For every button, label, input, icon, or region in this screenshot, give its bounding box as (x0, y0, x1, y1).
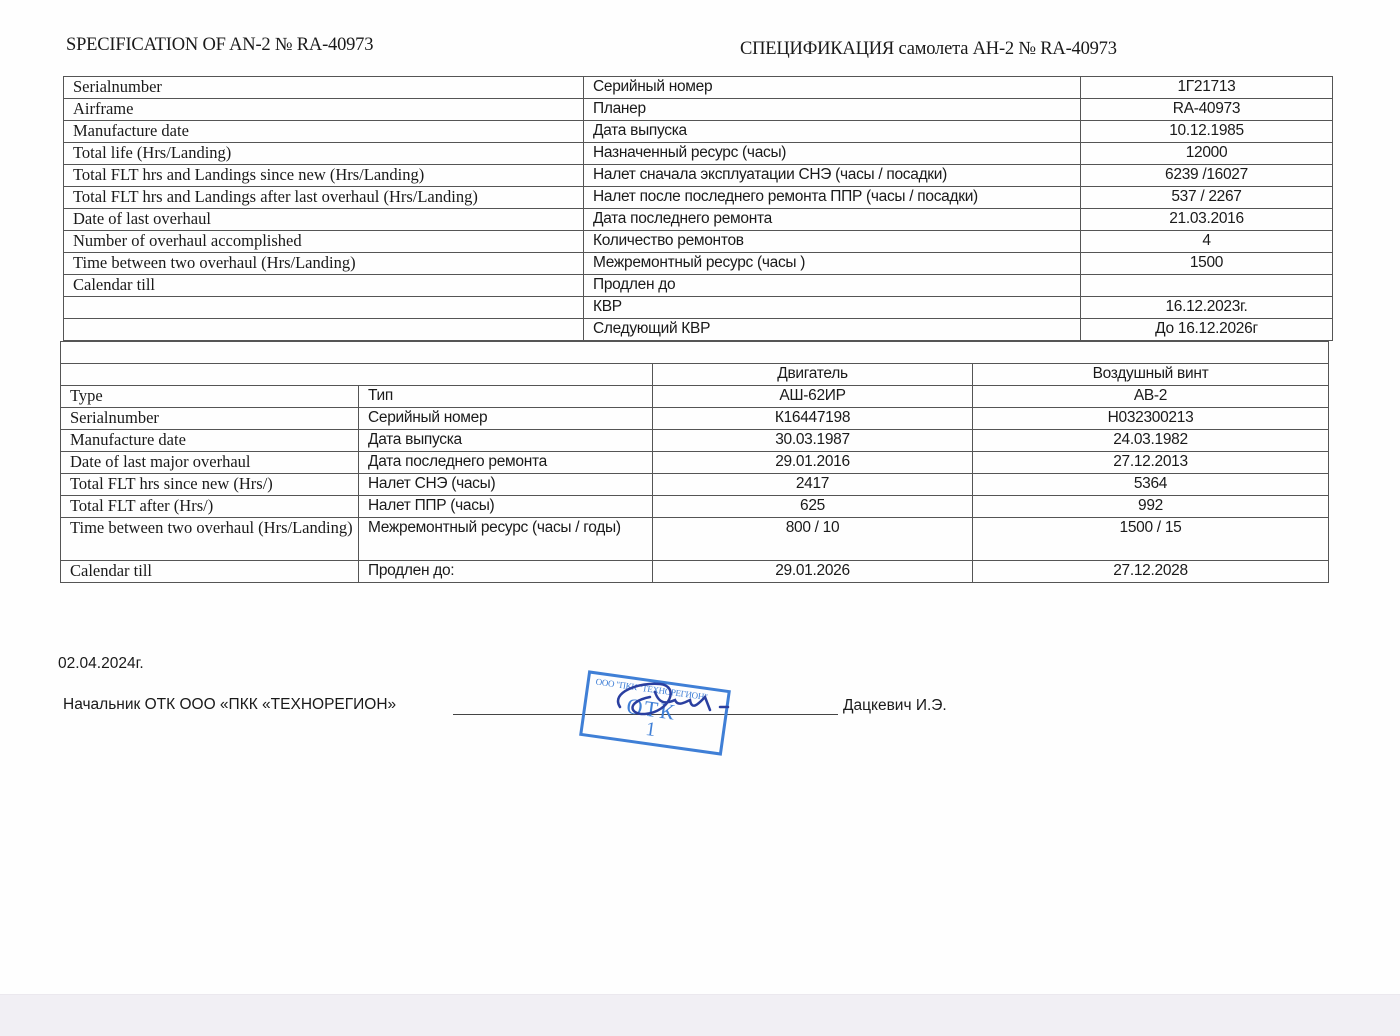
handwritten-signature-icon (600, 672, 750, 732)
value-cell: 537 / 2267 (1081, 187, 1333, 209)
table-row: Total FLT hrs and Landings after last ov… (64, 187, 1333, 209)
label-ru: Налет после последнего ремонта ППР (часы… (584, 187, 1081, 209)
label-ru: Дата выпуска (584, 121, 1081, 143)
table-row: SerialnumberСерийный номер1Г21713 (64, 77, 1333, 99)
value-cell: 10.12.1985 (1081, 121, 1333, 143)
engine-value: 625 (653, 496, 973, 518)
table-row: Total FLT hrs since new (Hrs/)Налет СНЭ … (61, 474, 1329, 496)
label-en: Serialnumber (61, 408, 359, 430)
label-ru: Планер (584, 99, 1081, 121)
table-row: Date of last major overhaulДата последне… (61, 452, 1329, 474)
table-row: Total life (Hrs/Landing)Назначенный ресу… (64, 143, 1333, 165)
label-en: Calendar till (64, 275, 584, 297)
propeller-value: АВ-2 (973, 386, 1329, 408)
value-cell: 1500 (1081, 253, 1333, 275)
label-en: Total FLT hrs and Landings after last ov… (64, 187, 584, 209)
table-row: SerialnumberСерийный номерК16447198Н0323… (61, 408, 1329, 430)
value-cell: 12000 (1081, 143, 1333, 165)
value-cell: RA-40973 (1081, 99, 1333, 121)
label-en: Date of last major overhaul (61, 452, 359, 474)
propeller-value: 27.12.2013 (973, 452, 1329, 474)
label-ru: Налет СНЭ (часы) (359, 474, 653, 496)
signer-name: Дацкевич И.Э. (843, 697, 947, 715)
airframe-spec-table: SerialnumberСерийный номер1Г21713Airfram… (63, 76, 1333, 341)
label-en: Time between two overhaul (Hrs/Landing) (61, 518, 359, 561)
label-en (64, 297, 584, 319)
label-ru: Следующий КВР (584, 319, 1081, 341)
table-row: Date of last overhaulДата последнего рем… (64, 209, 1333, 231)
document-date: 02.04.2024г. (58, 655, 144, 673)
header-engine: Двигатель (653, 364, 973, 386)
propeller-value: 1500 / 15 (973, 518, 1329, 561)
table-row: Number of overhaul accomplishedКоличеств… (64, 231, 1333, 253)
label-ru: Продлен до (584, 275, 1081, 297)
title-english: SPECIFICATION OF AN-2 № RA-40973 (66, 35, 373, 56)
table-row: Time between two overhaul (Hrs/Landing)М… (64, 253, 1333, 275)
table-row: КВР16.12.2023г. (64, 297, 1333, 319)
propeller-value: 27.12.2028 (973, 561, 1329, 583)
label-ru: КВР (584, 297, 1081, 319)
propeller-value: 5364 (973, 474, 1329, 496)
value-cell: 1Г21713 (1081, 77, 1333, 99)
value-cell: 16.12.2023г. (1081, 297, 1333, 319)
label-ru: Межремонтный ресурс (часы ) (584, 253, 1081, 275)
table-row: Calendar tillПродлен до (64, 275, 1333, 297)
label-en: Total life (Hrs/Landing) (64, 143, 584, 165)
table-row: Total FLT hrs and Landings since new (Hr… (64, 165, 1333, 187)
label-en: Airframe (64, 99, 584, 121)
table-row: Total FLT after (Hrs/)Налет ППР (часы)62… (61, 496, 1329, 518)
label-ru: Назначенный ресурс (часы) (584, 143, 1081, 165)
table-row: TypeТипАШ-62ИРАВ-2 (61, 386, 1329, 408)
document-page: SPECIFICATION OF AN-2 № RA-40973 СПЕЦИФИ… (0, 0, 1400, 994)
label-ru: Серийный номер (584, 77, 1081, 99)
viewer-footer-band (0, 994, 1400, 1036)
label-ru: Продлен до: (359, 561, 653, 583)
label-en: Date of last overhaul (64, 209, 584, 231)
label-en: Manufacture date (64, 121, 584, 143)
label-ru: Тип (359, 386, 653, 408)
label-en: Manufacture date (61, 430, 359, 452)
engine-value: К16447198 (653, 408, 973, 430)
label-ru: Дата выпуска (359, 430, 653, 452)
engine-value: 800 / 10 (653, 518, 973, 561)
label-en: Total FLT hrs since new (Hrs/) (61, 474, 359, 496)
table-row: Manufacture dateДата выпуска30.03.198724… (61, 430, 1329, 452)
propeller-value: 24.03.1982 (973, 430, 1329, 452)
engine-value: 30.03.1987 (653, 430, 973, 452)
label-ru: Налет сначала эксплуатации СНЭ (часы / п… (584, 165, 1081, 187)
label-en: Serialnumber (64, 77, 584, 99)
table-row: Следующий КВРДо 16.12.2026г (64, 319, 1333, 341)
label-en: Calendar till (61, 561, 359, 583)
propeller-value: 992 (973, 496, 1329, 518)
table-row: Manufacture dateДата выпуска10.12.1985 (64, 121, 1333, 143)
propeller-value: Н032300213 (973, 408, 1329, 430)
header-blank-cell (61, 364, 653, 386)
label-en: Type (61, 386, 359, 408)
label-ru: Серийный номер (359, 408, 653, 430)
spacer-row (61, 342, 1329, 364)
label-en: Time between two overhaul (Hrs/Landing) (64, 253, 584, 275)
engine-value: АШ-62ИР (653, 386, 973, 408)
label-en (64, 319, 584, 341)
signer-position: Начальник ОТК ООО «ПКК «ТЕХНОРЕГИОН» (63, 696, 396, 714)
table-row: AirframeПланерRA-40973 (64, 99, 1333, 121)
label-ru: Налет ППР (часы) (359, 496, 653, 518)
label-ru: Межремонтный ресурс (часы / годы) (359, 518, 653, 561)
value-cell: 6239 /16027 (1081, 165, 1333, 187)
engine-value: 29.01.2026 (653, 561, 973, 583)
label-en: Number of overhaul accomplished (64, 231, 584, 253)
table-row: Time between two overhaul (Hrs/Landing)М… (61, 518, 1329, 561)
table-row: Calendar tillПродлен до:29.01.202627.12.… (61, 561, 1329, 583)
value-cell: До 16.12.2026г (1081, 319, 1333, 341)
label-ru: Дата последнего ремонта (584, 209, 1081, 231)
title-russian: СПЕЦИФИКАЦИЯ самолета АН-2 № RA-40973 (740, 39, 1117, 60)
value-cell: 21.03.2016 (1081, 209, 1333, 231)
engine-value: 29.01.2016 (653, 452, 973, 474)
engine-value: 2417 (653, 474, 973, 496)
value-cell: 4 (1081, 231, 1333, 253)
value-cell (1081, 275, 1333, 297)
label-en: Total FLT hrs and Landings since new (Hr… (64, 165, 584, 187)
label-en: Total FLT after (Hrs/) (61, 496, 359, 518)
header-propeller: Воздушный винт (973, 364, 1329, 386)
label-ru: Дата последнего ремонта (359, 452, 653, 474)
spacer-cell (61, 342, 1329, 364)
label-ru: Количество ремонтов (584, 231, 1081, 253)
components-spec-table: Двигатель Воздушный винт TypeТипАШ-62ИРА… (60, 341, 1329, 583)
components-header-row: Двигатель Воздушный винт (61, 364, 1329, 386)
